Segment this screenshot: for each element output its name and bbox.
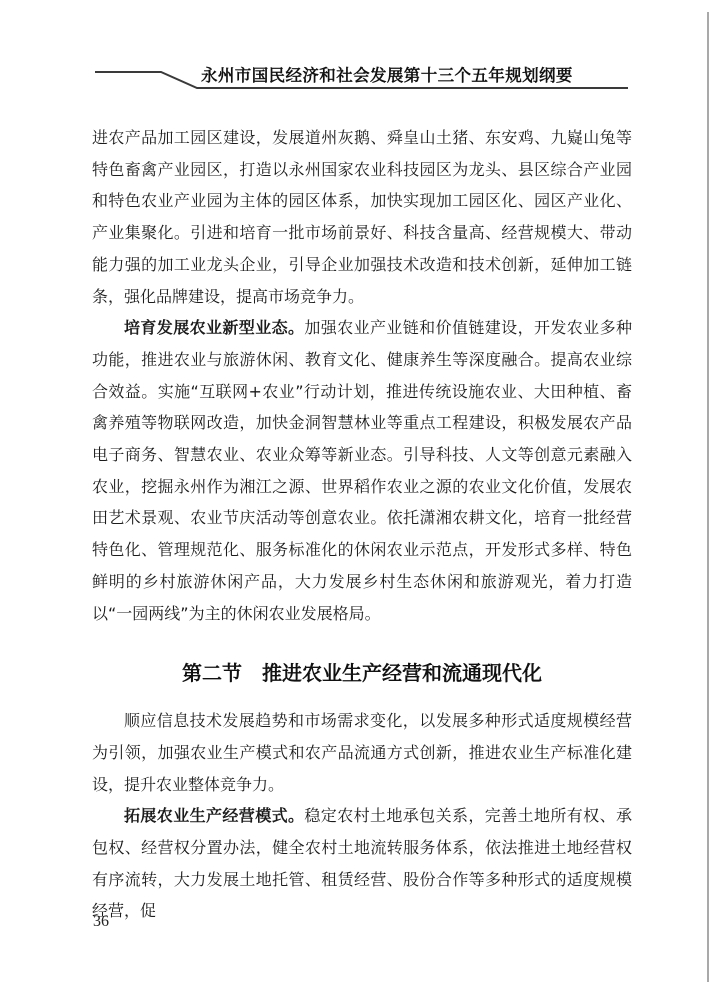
paragraph-new-business-forms: 培育发展农业新型业态。加强农业产业链和价值链建设，开发农业多种功能，推进农业与旅… [92, 312, 632, 629]
page-edge-line [707, 12, 709, 982]
body-text: 进农产品加工园区建设，发展道州灰鹅、舜皇山土猪、东安鸡、九嶷山兔等特色畜禽产业园… [92, 122, 632, 927]
page-number: 36 [93, 913, 109, 931]
paragraph-text: 顺应信息技术发展趋势和市场需求变化，以发展多种形式适度规模经营为引领，加强农业生… [92, 711, 632, 793]
paragraph-text: 进农产品加工园区建设，发展道州灰鹅、舜皇山土猪、东安鸡、九嶷山兔等特色畜禽产业园… [92, 128, 632, 306]
paragraph-operation-modes: 拓展农业生产经营模式。稳定农村土地承包关系，完善土地所有权、承包权、经营权分置办… [92, 800, 632, 927]
paragraph-section-intro: 顺应信息技术发展趋势和市场需求变化，以发展多种形式适度规模经营为引领，加强农业生… [92, 705, 632, 800]
running-header-title: 永州市国民经济和社会发展第十三个五年规划纲要 [201, 62, 573, 86]
section-heading: 第二节 推进农业生产经营和流通现代化 [92, 659, 632, 687]
paragraph-continued: 进农产品加工园区建设，发展道州灰鹅、舜皇山土猪、东安鸡、九嶷山兔等特色畜禽产业园… [92, 122, 632, 312]
document-page: 永州市国民经济和社会发展第十三个五年规划纲要 进农产品加工园区建设，发展道州灰鹅… [0, 0, 721, 1005]
paragraph-lead-bold: 拓展农业生产经营模式。 [124, 806, 304, 825]
paragraph-text: 加强农业产业链和价值链建设，开发农业多种功能，推进农业与旅游休闲、教育文化、健康… [92, 318, 632, 622]
paragraph-lead-bold: 培育发展农业新型业态。 [124, 318, 304, 337]
